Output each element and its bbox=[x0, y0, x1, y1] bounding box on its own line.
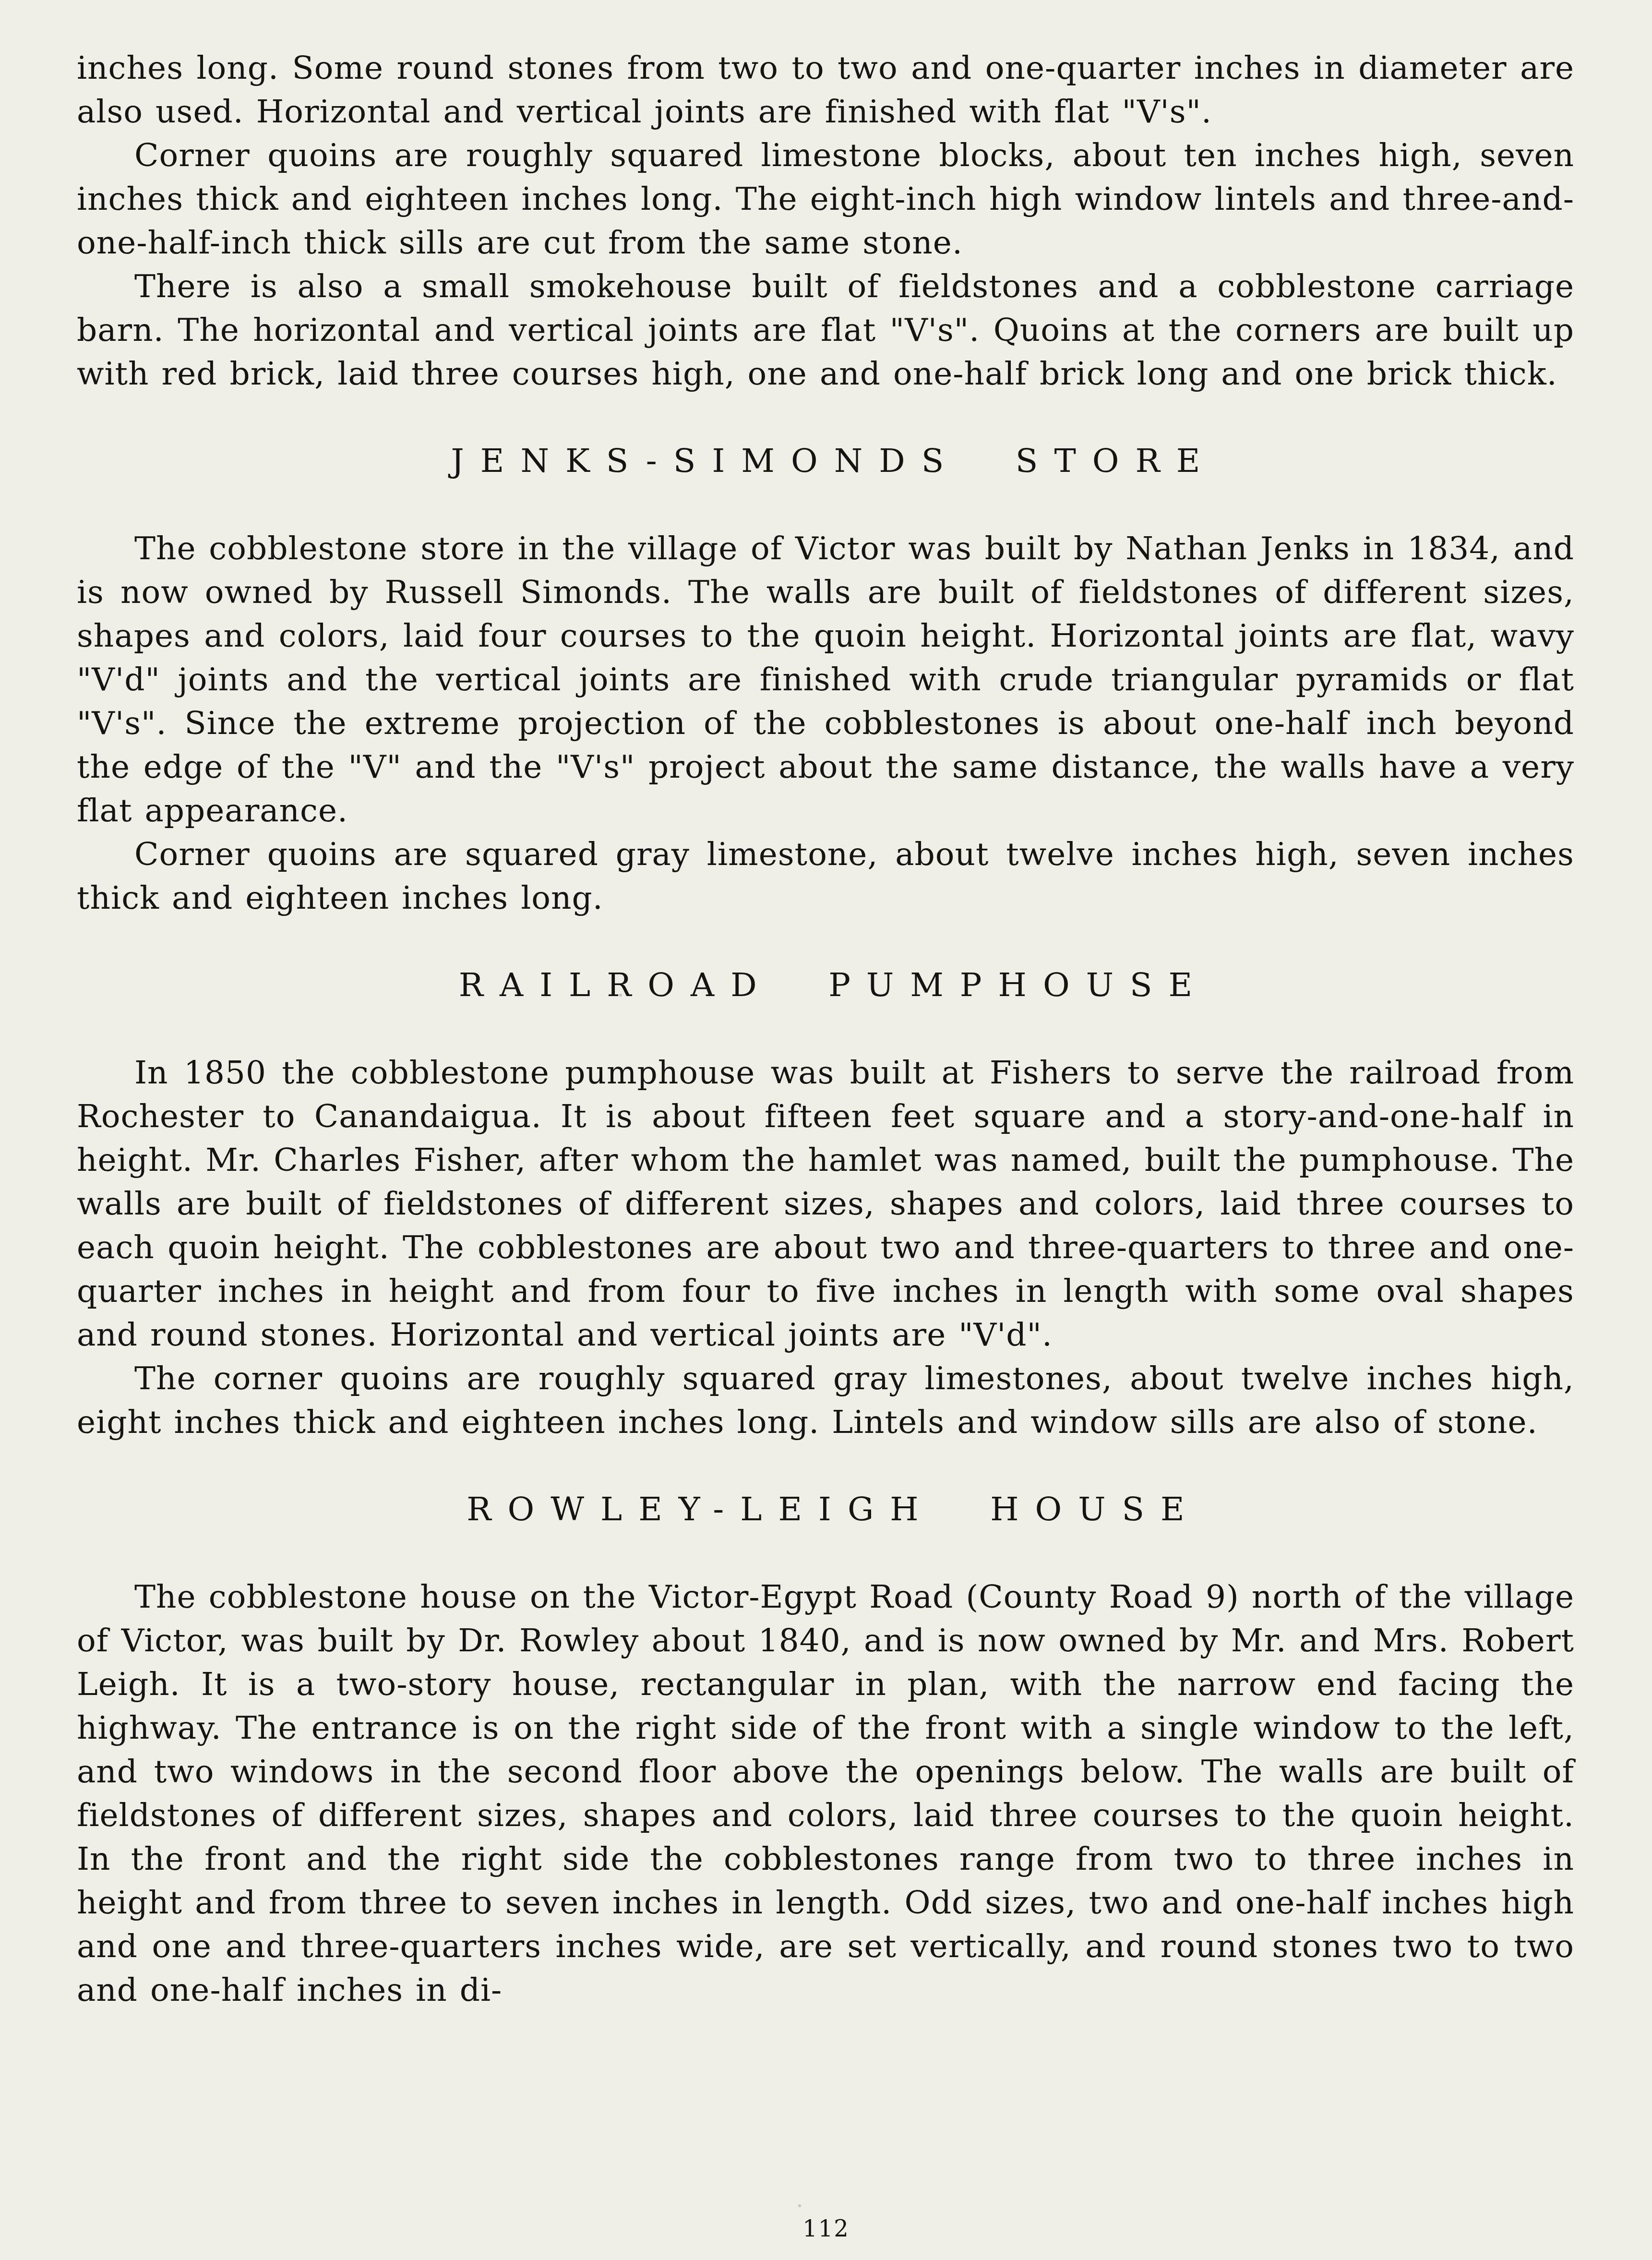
paragraph-jenks-simonds-2: Corner quoins are squared gray limestone… bbox=[77, 832, 1574, 920]
paragraph-rowley-leigh-1: The cobblestone house on the Victor-Egyp… bbox=[77, 1575, 1574, 2012]
section-heading-railroad-pumphouse: RAILROAD PUMPHOUSE bbox=[77, 963, 1574, 1007]
paragraph-pumphouse-2: The corner quoins are roughly squared gr… bbox=[77, 1357, 1574, 1444]
section-heading-jenks-simonds-store: JENKS-SIMONDS STORE bbox=[77, 439, 1574, 483]
paper-speck bbox=[619, 994, 622, 997]
section-heading-rowley-leigh-house: ROWLEY-LEIGH HOUSE bbox=[77, 1488, 1574, 1531]
paper-speck bbox=[798, 2204, 801, 2207]
continued-paragraph: inches long. Some round stones from two … bbox=[77, 46, 1574, 133]
paragraph-corner-quoins: Corner quoins are roughly squared limest… bbox=[77, 133, 1574, 264]
page-body: inches long. Some round stones from two … bbox=[77, 46, 1574, 2012]
page-number: 112 bbox=[0, 2215, 1652, 2242]
paragraph-pumphouse-1: In 1850 the cobblestone pumphouse was bu… bbox=[77, 1051, 1574, 1357]
paragraph-jenks-simonds-1: The cobblestone store in the village of … bbox=[77, 527, 1574, 832]
paragraph-smokehouse: There is also a small smokehouse built o… bbox=[77, 264, 1574, 396]
